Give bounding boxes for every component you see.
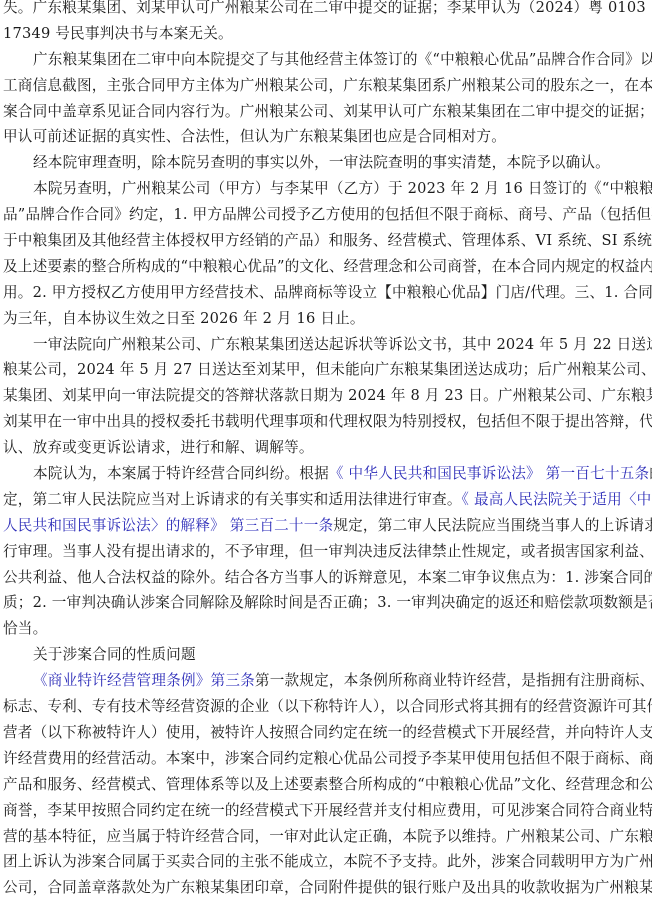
document-line: 商誉，李某甲按照合同约定在统一的经营模式下开展经营并支付相应费用，可见涉案合同符… bbox=[3, 798, 652, 824]
paragraph-text: 营的基本特征，应当属于特许经营合同，一审对此认定正确，本院予以维持。广州粮某公司… bbox=[3, 828, 652, 845]
paragraph-text: 本院认为，本案属于特许经营合同纠纷。根据 bbox=[33, 465, 329, 482]
paragraph-text: 第一款规定，本条例所称商业特许经营，是指拥有注册商标、企业 bbox=[255, 672, 652, 689]
document-line: 案合同中盖章系见证合同内容行为。广州粮某公司、刘某甲认可广东粮某集团在二审中提交… bbox=[3, 99, 652, 125]
document-line: 一审法院向广州粮某公司、广东粮某集团送达起诉状等诉讼文书，其中 2024 年 5… bbox=[3, 332, 652, 358]
paragraph-text: 一审法院向广州粮某公司、广东粮某集团送达起诉状等诉讼文书，其中 2024 年 5… bbox=[33, 336, 652, 353]
law-citation-link[interactable]: 《 中华人民共和国民事诉讼法》 第一百七十五条 bbox=[329, 465, 649, 482]
paragraph-text: 公共利益、他人合法权益的除外。结合各方当事人的诉辩意见，本案二审争议焦点为：1.… bbox=[3, 569, 652, 586]
paragraph-text: 营者（以下称被特许人）使用，被特许人按照合同约定在统一的经营模式下开展经营，并向… bbox=[3, 724, 652, 741]
document-line: 认、放弃或变更诉讼请求，进行和解、调解等。 bbox=[3, 435, 652, 461]
document-line: 人民共和国民事诉讼法〉的解释》 第三百二十一条规定，第二审人民法院应当围绕当事人… bbox=[3, 513, 652, 539]
paragraph-text: 行审理。当事人没有提出请求的，不予审理，但一审判决违反法律禁止性规定，或者损害国… bbox=[3, 543, 652, 560]
document-line: 品”品牌合作合同》约定，1. 甲方品牌公司授予乙方使用的包括但不限于商标、商号、… bbox=[3, 202, 652, 228]
paragraph-text: 质；2. 一审判决确认涉案合同解除及解除时间是否正确；3. 一审判决确定的返还和… bbox=[3, 594, 652, 611]
paragraph-text: 用。2. 甲方授权乙方使用甲方经营技术、品牌商标等设立【中粮粮心优品】门店/代理… bbox=[3, 284, 652, 301]
law-citation-link[interactable]: 《 最高人民法院关于适用〈中华 bbox=[462, 491, 652, 508]
document-line: 行审理。当事人没有提出请求的，不予审理，但一审判决违反法律禁止性规定，或者损害国… bbox=[3, 539, 652, 565]
document-line: 公司，合同盖章落款处为广东粮某集团印章，合同附件提供的银行账户及出具的收款收据为… bbox=[3, 875, 652, 901]
document-line: 于中粮集团及其他经营主体授权甲方经销的产品）和服务、经营模式、管理体系、VI 系… bbox=[3, 228, 652, 254]
paragraph-text: 刘某甲在一审中出具的授权委托书载明代理事项和代理权限为特别授权，包括但不限于提出… bbox=[3, 413, 652, 430]
paragraph-text: 案合同中盖章系见证合同内容行为。广州粮某公司、刘某甲认可广东粮某集团在二审中提交… bbox=[3, 103, 652, 120]
document-line: 营者（以下称被特许人）使用，被特许人按照合同约定在统一的经营模式下开展经营，并向… bbox=[3, 720, 652, 746]
document-line: 质；2. 一审判决确认涉案合同解除及解除时间是否正确；3. 一审判决确定的返还和… bbox=[3, 590, 652, 616]
document-line: 关于涉案合同的性质问题 bbox=[3, 642, 652, 668]
paragraph-text: 公司，合同盖章落款处为广东粮某集团印章，合同附件提供的银行账户及出具的收款收据为… bbox=[3, 879, 652, 896]
document-line: 为三年，自本协议生效之日至 2026 年 2 月 16 日止。 bbox=[3, 306, 652, 332]
paragraph-text: 商誉，李某甲按照合同约定在统一的经营模式下开展经营并支付相应费用，可见涉案合同符… bbox=[3, 802, 652, 819]
paragraph-text: 为三年，自本协议生效之日至 2026 年 2 月 16 日止。 bbox=[3, 310, 365, 327]
paragraph-text: 于中粮集团及其他经营主体授权甲方经销的产品）和服务、经营模式、管理体系、VI 系… bbox=[3, 232, 652, 249]
document-line: 刘某甲在一审中出具的授权委托书载明代理事项和代理权限为特别授权，包括但不限于提出… bbox=[3, 409, 652, 435]
paragraph-text: 及上述要素的整合所构成的“中粮粮心优品”的文化、经营理念和公司商誉，在本合同内规… bbox=[3, 258, 652, 275]
paragraph-text: 本院另查明，广州粮某公司（甲方）与李某甲（乙方）于 2023 年 2 月 16 … bbox=[33, 180, 652, 197]
document-line: 工商信息截图，主张合同甲方主体为广州粮某公司，广东粮某集团系广州粮某公司的股东之… bbox=[3, 73, 652, 99]
document-line: 用。2. 甲方授权乙方使用甲方经营技术、品牌商标等设立【中粮粮心优品】门店/代理… bbox=[3, 280, 652, 306]
document-line: 《商业特许经营管理条例》第三条第一款规定，本条例所称商业特许经营，是指拥有注册商… bbox=[3, 668, 652, 694]
document-line: 甲认可前述证据的真实性、合法性，但认为广东粮某集团也应是合同相对方。 bbox=[3, 124, 652, 150]
document-line: 恰当。 bbox=[3, 616, 652, 642]
paragraph-text: 某集团、刘某甲向一审法院提交的答辩状落款日期为 2024 年 8 月 23 日。… bbox=[3, 387, 652, 404]
law-citation-link[interactable]: 《商业特许经营管理条例》第三条 bbox=[33, 672, 255, 689]
document-line: 粮某公司，2024 年 5 月 27 日送达至刘某甲，但未能向广东粮某集团送达成… bbox=[3, 357, 652, 383]
document-line: 本院认为，本案属于特许经营合同纠纷。根据《 中华人民共和国民事诉讼法》 第一百七… bbox=[3, 461, 652, 487]
document-line: 广东粮某集团在二审中向本院提交了与其他经营主体签订的《“中粮粮心优品”品牌合作合… bbox=[3, 47, 652, 73]
document-line: 团上诉认为涉案合同属于买卖合同的主张不能成立，本院不予支持。此外，涉案合同载明甲… bbox=[3, 849, 652, 875]
paragraph-text: 甲认可前述证据的真实性、合法性，但认为广东粮某集团也应是合同相对方。 bbox=[3, 128, 506, 145]
document-line: 某集团、刘某甲向一审法院提交的答辩状落款日期为 2024 年 8 月 23 日。… bbox=[3, 383, 652, 409]
document-line: 许经营费用的经营活动。本案中，涉案合同约定粮心优品公司授予李某甲使用包括但不限于… bbox=[3, 746, 652, 772]
paragraph-text: 团上诉认为涉案合同属于买卖合同的主张不能成立，本院不予支持。此外，涉案合同载明甲… bbox=[3, 853, 652, 870]
document-line: 经本院审理查明，除本院另查明的事实以外，一审法院查明的事实清楚，本院予以确认。 bbox=[3, 150, 652, 176]
document-line: 标志、专利、专有技术等经营资源的企业（以下称特许人），以合同形式将其拥有的经营资… bbox=[3, 694, 652, 720]
paragraph-text: 品”品牌合作合同》约定，1. 甲方品牌公司授予乙方使用的包括但不限于商标、商号、… bbox=[3, 206, 652, 223]
paragraph-text: 17349 号民事判决书与本案无关。 bbox=[3, 25, 233, 42]
law-citation-link[interactable]: 人民共和国民事诉讼法〉的解释》 第三百二十一条 bbox=[3, 517, 333, 534]
document-line: 营的基本特征，应当属于特许经营合同，一审对此认定正确，本院予以维持。广州粮某公司… bbox=[3, 824, 652, 850]
paragraph-text: 粮某公司，2024 年 5 月 27 日送达至刘某甲，但未能向广东粮某集团送达成… bbox=[3, 361, 652, 378]
paragraph-text: 失。广东粮某集团、刘某甲认可广州粮某公司在二审中提交的证据；李某甲认为（2024… bbox=[3, 0, 652, 16]
paragraph-text: 广东粮某集团在二审中向本院提交了与其他经营主体签订的《“中粮粮心优品”品牌合作合… bbox=[33, 51, 652, 68]
judgment-document-body: 失。广东粮某集团、刘某甲认可广州粮某公司在二审中提交的证据；李某甲认为（2024… bbox=[0, 0, 652, 901]
document-line: 本院另查明，广州粮某公司（甲方）与李某甲（乙方）于 2023 年 2 月 16 … bbox=[3, 176, 652, 202]
paragraph-text: 产品和服务、经营模式、管理体系等以及上述要素整合所构成的“中粮粮心优品”文化、经… bbox=[3, 776, 652, 793]
paragraph-text: 关于涉案合同的性质问题 bbox=[33, 646, 196, 663]
document-line: 公共利益、他人合法权益的除外。结合各方当事人的诉辩意见，本案二审争议焦点为：1.… bbox=[3, 565, 652, 591]
paragraph-text: 规定，第二审人民法院应当围绕当事人的上诉请求进 bbox=[333, 517, 652, 534]
paragraph-text: 许经营费用的经营活动。本案中，涉案合同约定粮心优品公司授予李某甲使用包括但不限于… bbox=[3, 750, 652, 767]
document-line: 失。广东粮某集团、刘某甲认可广州粮某公司在二审中提交的证据；李某甲认为（2024… bbox=[3, 0, 652, 21]
document-line: 及上述要素的整合所构成的“中粮粮心优品”的文化、经营理念和公司商誉，在本合同内规… bbox=[3, 254, 652, 280]
document-line: 定，第二审人民法院应当对上诉请求的有关事实和适用法律进行审查。《 最高人民法院关… bbox=[3, 487, 652, 513]
paragraph-text: 经本院审理查明，除本院另查明的事实以外，一审法院查明的事实清楚，本院予以确认。 bbox=[33, 154, 610, 171]
paragraph-text: 工商信息截图，主张合同甲方主体为广州粮某公司，广东粮某集团系广州粮某公司的股东之… bbox=[3, 77, 652, 94]
paragraph-text: 认、放弃或变更诉讼请求，进行和解、调解等。 bbox=[3, 439, 314, 456]
paragraph-text: 标志、专利、专有技术等经营资源的企业（以下称特许人），以合同形式将其拥有的经营资… bbox=[3, 698, 652, 715]
document-line: 17349 号民事判决书与本案无关。 bbox=[3, 21, 652, 47]
document-line: 产品和服务、经营模式、管理体系等以及上述要素整合所构成的“中粮粮心优品”文化、经… bbox=[3, 772, 652, 798]
paragraph-text: 恰当。 bbox=[3, 620, 47, 637]
paragraph-text: 定，第二审人民法院应当对上诉请求的有关事实和适用法律进行审查。 bbox=[3, 491, 462, 508]
